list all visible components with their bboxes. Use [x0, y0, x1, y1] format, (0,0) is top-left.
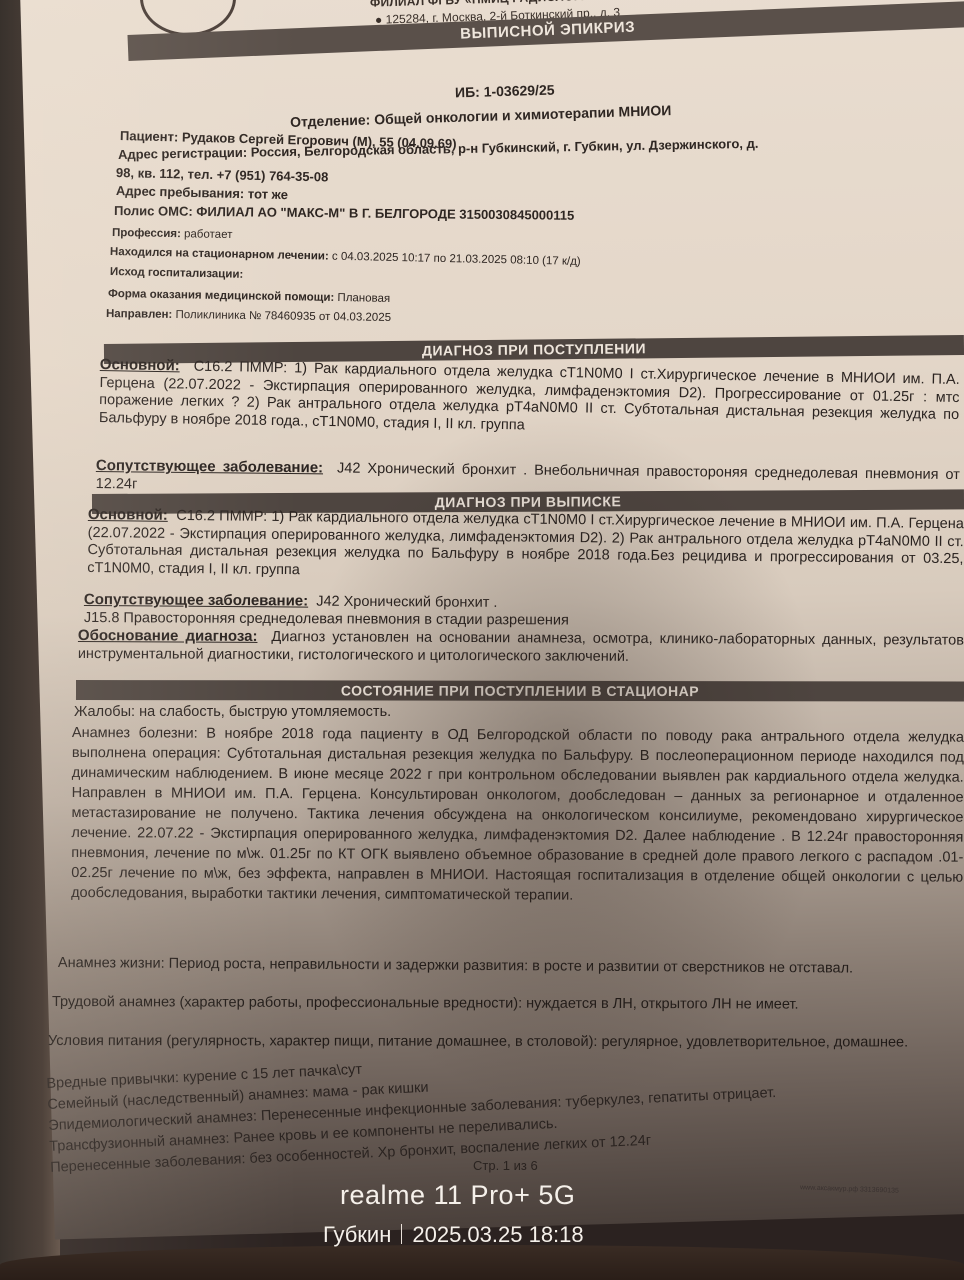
watermark-datetime: 2025.03.25 18:18 — [412, 1222, 583, 1247]
complaints: Жалобы: на слабость, быструю утомляемост… — [74, 704, 954, 722]
hospitalization-outcome: Исход госпитализации: — [110, 266, 244, 281]
department: Отделение: Общей онкологии и химиотерапи… — [290, 102, 672, 130]
referral: Направлен: Поликлиника № 78460935 от 04.… — [106, 308, 391, 324]
registration-address-cont: 98, кв. 112, тел. +7 (951) 764-35-08 — [116, 165, 329, 184]
disease-history: Анамнез болезни: В ноябре 2018 года паци… — [71, 723, 964, 908]
section-admission-state: СОСТОЯНИЕ ПРИ ПОСТУПЛЕНИИ В СТАЦИОНАР — [76, 680, 964, 702]
profession: Профессия: работает — [112, 227, 233, 241]
camera-watermark-device: realme 11 Pro+ 5G — [340, 1180, 575, 1211]
stay-address: Адрес пребывания: тот же — [116, 183, 288, 202]
nutrition: Условия питания (регулярность, характер … — [48, 1031, 964, 1054]
diagnosis-basis: Обоснование диагноза: Диагноз установлен… — [78, 627, 964, 668]
case-number: ИБ: 1-03629/25 — [455, 82, 555, 101]
discharge-document: ФИЛИАЛ ФГБУ «НМИЦ РАДИОЛОГИИ» ● 125284, … — [0, 0, 964, 1280]
life-history: Анамнез жизни: Период роста, неправильно… — [58, 953, 964, 979]
hospitalization-period: Находился на стационарном лечении: с 04.… — [110, 246, 581, 268]
work-history: Трудовой анамнез (характер работы, профе… — [52, 992, 962, 1016]
oms-policy: Полис ОМС: ФИЛИАЛ АО "МАКС-М" В Г. БЕЛГО… — [114, 203, 574, 223]
discharge-main-diagnosis: Основной: С16.2 ПММР: 1) Рак кардиальног… — [87, 506, 964, 586]
camera-watermark-meta: Губкин2025.03.25 18:18 — [323, 1222, 584, 1248]
care-form: Форма оказания медицинской помощи: Плано… — [108, 288, 390, 305]
admission-main-diagnosis: Основной: С16.2 ПММР: 1) Рак кардиальног… — [99, 356, 960, 442]
watermark-separator — [401, 1224, 402, 1244]
footer-url: www.aкcaкмуp.pф 3313690135 — [800, 1184, 899, 1194]
background-bottom — [0, 1245, 964, 1280]
history-list: Вредные привычки: курение с 15 лет пачка… — [46, 1041, 779, 1179]
watermark-city: Губкин — [323, 1222, 391, 1247]
page-number: Стр. 1 из 6 — [473, 1158, 538, 1173]
